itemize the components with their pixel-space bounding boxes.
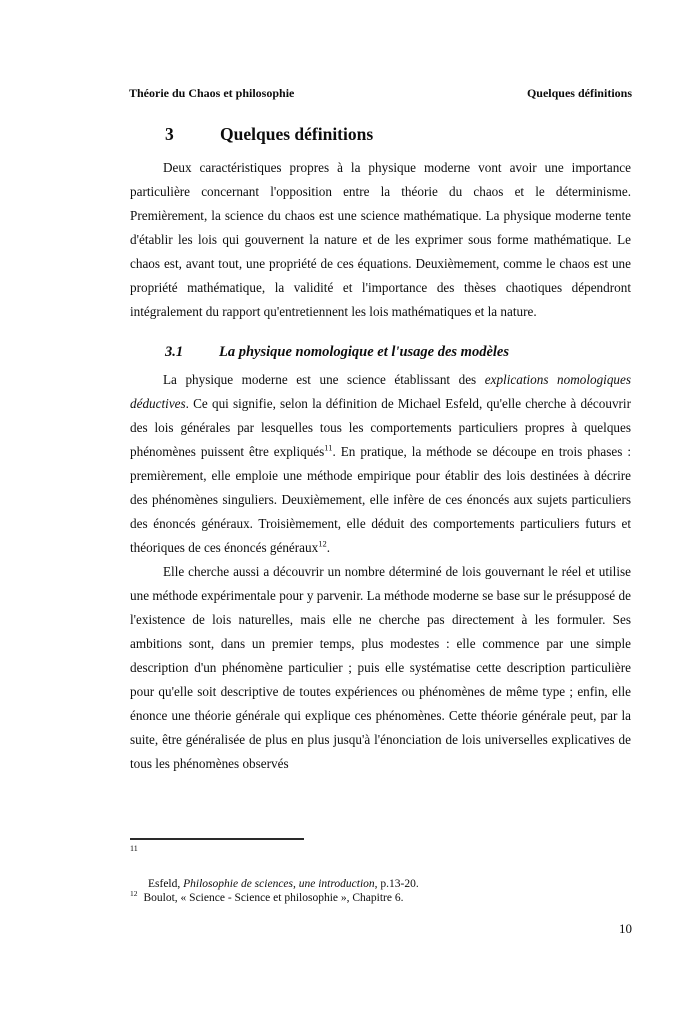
footnote-11-marker: 11 bbox=[130, 844, 630, 854]
paragraph-text: . bbox=[327, 540, 330, 555]
footnote-text: , p.13-20. bbox=[375, 878, 419, 890]
footnotes-block: 11 Esfeld, Philosophie de sciences, une … bbox=[130, 838, 630, 905]
document-page: Théorie du Chaos et philosophie Quelques… bbox=[0, 0, 700, 1028]
footnote-ref-12: 12 bbox=[318, 539, 327, 549]
footnote-boulot: 12Boulot, « Science - Science et philoso… bbox=[130, 891, 630, 905]
footnote-text: Esfeld, bbox=[148, 878, 183, 890]
subsection-number: 3.1 bbox=[165, 341, 219, 363]
paragraph-text: La physique moderne est une science étab… bbox=[163, 372, 485, 387]
footnote-text: Boulot, « Science - Science et philosoph… bbox=[144, 892, 404, 904]
paragraph-methode: Elle cherche aussi a découvrir un nombre… bbox=[130, 560, 631, 776]
footnote-esfeld: Esfeld, Philosophie de sciences, une int… bbox=[130, 877, 630, 891]
section-title: Quelques définitions bbox=[220, 121, 373, 147]
running-header-right: Quelques définitions bbox=[527, 86, 632, 101]
subsection-title: La physique nomologique et l'usage des m… bbox=[219, 341, 509, 363]
footnote-separator-rule bbox=[130, 838, 304, 840]
footnote-12-marker: 12 bbox=[130, 889, 138, 898]
footnote-italic-title: Philosophie de sciences, une introductio… bbox=[183, 878, 375, 890]
paragraph-intro: Deux caractéristiques propres à la physi… bbox=[130, 156, 631, 324]
running-header: Théorie du Chaos et philosophie Quelques… bbox=[129, 86, 632, 101]
paragraph-text: . En pratique, la méthode se découpe en … bbox=[130, 444, 631, 555]
running-header-left: Théorie du Chaos et philosophie bbox=[129, 86, 294, 101]
paragraph-nomologique: La physique moderne est une science étab… bbox=[130, 368, 631, 560]
page-number: 10 bbox=[619, 921, 632, 937]
page-content: 3 Quelques définitions Deux caractéristi… bbox=[130, 121, 631, 776]
section-number: 3 bbox=[165, 121, 220, 147]
section-heading: 3 Quelques définitions bbox=[130, 121, 631, 147]
subsection-heading: 3.1 La physique nomologique et l'usage d… bbox=[130, 341, 631, 363]
